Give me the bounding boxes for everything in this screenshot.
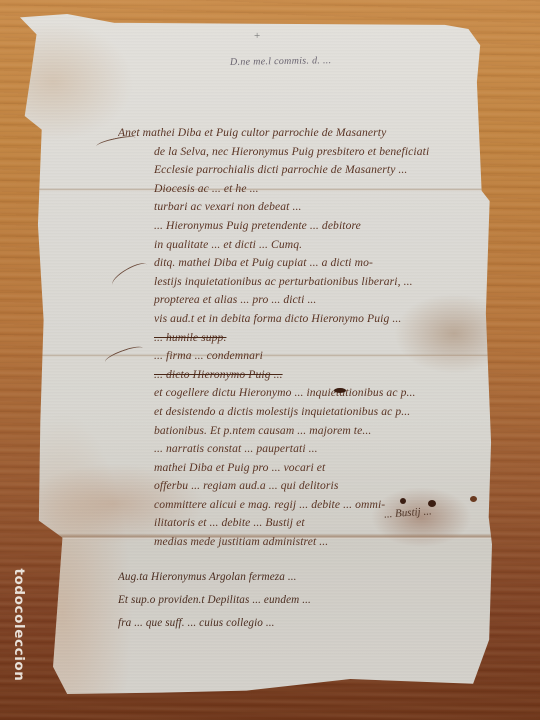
manuscript-line: propterea et alias ... pro ... dicti ... <box>118 291 490 310</box>
manuscript-line: medias mede justitiam administret ... <box>118 533 490 552</box>
manuscript-line: Ecclesie parrochialis dicti parrochie de… <box>118 161 490 180</box>
manuscript-line: lestijs inquietationibus ac perturbation… <box>118 273 490 292</box>
header-cross-mark: + <box>254 30 260 42</box>
footnote-line: Aug.ta Hieronymus Argolan fermeza ... <box>118 566 458 589</box>
watermark-text: todocoleccion <box>11 568 27 681</box>
manuscript-line: ditq. mathei Diba et Puig cupiat ... a d… <box>118 254 490 273</box>
manuscript-line: vis aud.t et in debita forma dicto Hiero… <box>118 310 490 329</box>
manuscript-line: in qualitate ... et dicti ... Cumq. <box>118 236 490 255</box>
watermark: todocoleccion <box>10 540 28 710</box>
manuscript-line: Anet mathei Diba et Puig cultor parrochi… <box>118 124 490 143</box>
manuscript-line: de la Selva, nec Hieronymus Puig presbit… <box>118 143 490 162</box>
manuscript-line: Diocesis ac ... et he ... <box>118 180 490 199</box>
manuscript-line: turbari ac vexari non debeat ... <box>118 198 490 217</box>
manuscript-line: ... firma ... condemnari <box>118 347 490 366</box>
ink-blot <box>334 388 346 393</box>
manuscript-line: bationibus. Et p.ntem causam ... majorem… <box>118 422 490 441</box>
manuscript-line: mathei Diba et Puig pro ... vocari et <box>118 459 490 478</box>
footnote-line: fra ... que suff. ... cuius collegio ... <box>118 612 458 635</box>
manuscript-line: ... narratis constat ... paupertati ... <box>118 440 490 459</box>
manuscript-line: ilitatoris et ... debite ... Bustij et <box>118 514 490 533</box>
manuscript-line: offerbu ... regiam aud.a ... qui delitor… <box>118 477 490 496</box>
manuscript-line: et desistendo a dictis molestijs inquiet… <box>118 403 490 422</box>
manuscript-line-struck: ... humile supp. <box>118 329 490 348</box>
manuscript-line: ... Hieronymus Puig pretendente ... debi… <box>118 217 490 236</box>
footnote-line: Et sup.o providen.t Depilitas ... eundem… <box>118 589 458 612</box>
manuscript-header: D.ne me.l commis. d. ... <box>230 55 332 68</box>
manuscript-line: et cogellere dictu Hieronymo ... inquiet… <box>118 384 490 403</box>
ink-blot <box>400 498 406 504</box>
manuscript-body: Anet mathei Diba et Puig cultor parrochi… <box>118 124 490 552</box>
ink-blot <box>470 496 477 502</box>
manuscript-line-struck: ... dicto Hieronymo Puig ... <box>118 366 490 385</box>
manuscript-footnote: Aug.ta Hieronymus Argolan fermeza ... Et… <box>118 566 458 635</box>
